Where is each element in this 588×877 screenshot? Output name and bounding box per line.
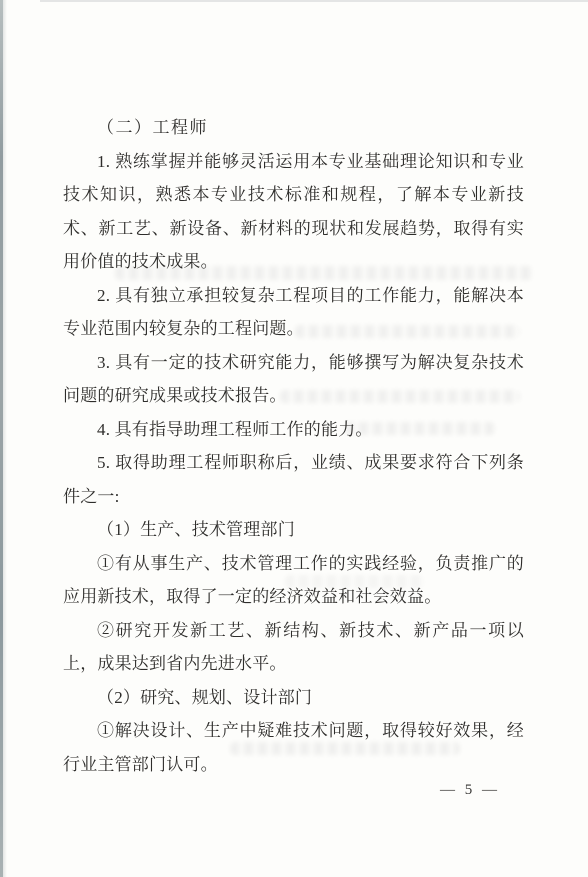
paragraph: 2. 具有独立承担较复杂工程项目的工作能力，能解决本专业范围内较复杂的工程问题。 — [63, 279, 524, 346]
paragraph: ①有从事生产、技术管理工作的实践经验，负责推广的应用新技术，取得了一定的经济效益… — [63, 547, 524, 614]
section-heading: （二）工程师 — [63, 111, 524, 145]
page-number: — 5 — — [440, 782, 500, 799]
list-item-department-1: （1）生产、技术管理部门 — [63, 513, 524, 547]
paragraph: ①解决设计、生产中疑难技术问题，取得较好效果，经行业主管部门认可。 — [63, 714, 524, 781]
scan-edge-shadow — [3, 0, 7, 877]
document-body: （二）工程师 1. 熟练掌握并能够灵活运用本专业基础理论知识和专业技术知识，熟悉… — [63, 111, 524, 781]
paragraph: 3. 具有一定的技术研究能力，能够撰写为解决复杂技术问题的研究成果或技术报告。 — [63, 346, 524, 413]
list-item-department-2: （2）研究、规划、设计部门 — [63, 681, 524, 715]
paragraph: 4. 具有指导助理工程师工作的能力。 — [63, 413, 524, 447]
paragraph: 5. 取得助理工程师职称后，业绩、成果要求符合下列条件之一: — [63, 446, 524, 513]
scan-top-edge-artifact — [40, 0, 588, 2]
document-page: （二）工程师 1. 熟练掌握并能够灵活运用本专业基础理论知识和专业技术知识，熟悉… — [0, 0, 588, 877]
paragraph: 1. 熟练掌握并能够灵活运用本专业基础理论知识和专业技术知识，熟悉本专业技术标准… — [63, 145, 524, 279]
paragraph: ②研究开发新工艺、新结构、新技术、新产品一项以上，成果达到省内先进水平。 — [63, 614, 524, 681]
